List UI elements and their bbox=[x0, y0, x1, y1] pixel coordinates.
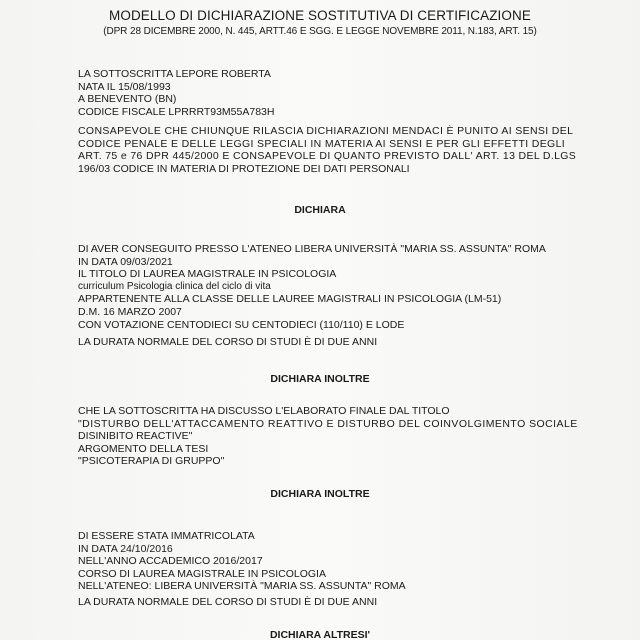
degree-block: DI AVER CONSEGUITO PRESSO L'ATENEO LIBER… bbox=[78, 243, 546, 331]
section-heading-dichiara-altresi: DICHIARA ALTRESI' bbox=[0, 629, 640, 640]
thesis-topic: "PSICOTERAPIA DI GRUPPO" bbox=[78, 455, 578, 468]
awareness-line: CONSAPEVOLE CHE CHIUNQUE RILASCIA DICHIA… bbox=[78, 125, 576, 138]
degree-title: IL TITOLO DI LAUREA MAGISTRALE IN PSICOL… bbox=[78, 268, 546, 281]
enrollment-year: NELL'ANNO ACCADEMICO 2016/2017 bbox=[78, 555, 406, 568]
awareness-paragraph: CONSAPEVOLE CHE CHIUNQUE RILASCIA DICHIA… bbox=[78, 125, 576, 175]
degree-date: IN DATA 09/03/2021 bbox=[78, 256, 546, 269]
degree-decree: D.M. 16 MARZO 2007 bbox=[78, 306, 546, 319]
enrollment-date: IN DATA 24/10/2016 bbox=[78, 543, 406, 556]
declarant-tax-code: CODICE FISCALE LPRRRT93M55A783H bbox=[78, 106, 274, 119]
degree-grade: CON VOTAZIONE CENTODIECI SU CENTODIECI (… bbox=[78, 319, 546, 332]
document-subtitle: (DPR 28 DICEMBRE 2000, N. 445, ARTT.46 E… bbox=[0, 26, 640, 37]
degree-curriculum: curriculum Psicologia clinica del ciclo … bbox=[78, 281, 546, 294]
enrollment-university: NELL'ATENEO: LIBERA UNIVERSITÀ "MARIA SS… bbox=[78, 580, 406, 593]
awareness-line: ART. 75 e 76 DPR 445/2000 E CONSAPEVOLE … bbox=[78, 150, 576, 163]
declarant-name: LA SOTTOSCRITTA LEPORE ROBERTA bbox=[78, 68, 274, 81]
degree-line: DI AVER CONSEGUITO PRESSO L'ATENEO LIBER… bbox=[78, 243, 546, 256]
declarant-birthdate: NATA IL 15/08/1993 bbox=[78, 81, 274, 94]
thesis-topic-label: ARGOMENTO DELLA TESI bbox=[78, 443, 578, 456]
awareness-line: 196/03 CODICE IN MATERIA DI PROTEZIONE D… bbox=[78, 163, 576, 176]
enrollment-line: DI ESSERE STATA IMMATRICOLATA bbox=[78, 530, 406, 543]
enrollment-duration: LA DURATA NORMALE DEL CORSO DI STUDI È D… bbox=[78, 596, 377, 609]
thesis-title-cont: DISINIBITO REACTIVE" bbox=[78, 430, 578, 443]
section-heading-dichiara: DICHIARA bbox=[0, 204, 640, 216]
document-page: MODELLO DI DICHIARAZIONE SOSTITUTIVA DI … bbox=[0, 0, 640, 640]
thesis-line: CHE LA SOTTOSCRITTA HA DISCUSSO L'ELABOR… bbox=[78, 405, 578, 418]
document-title: MODELLO DI DICHIARAZIONE SOSTITUTIVA DI … bbox=[0, 8, 640, 23]
declarant-block: LA SOTTOSCRITTA LEPORE ROBERTA NATA IL 1… bbox=[78, 68, 274, 118]
thesis-block: CHE LA SOTTOSCRITTA HA DISCUSSO L'ELABOR… bbox=[78, 405, 578, 468]
degree-class: APPARTENENTE ALLA CLASSE DELLE LAUREE MA… bbox=[78, 293, 546, 306]
awareness-line: CODICE PENALE E DELLE LEGGI SPECIALI IN … bbox=[78, 138, 576, 151]
section-heading-dichiara-inoltre-1: DICHIARA INOLTRE bbox=[0, 373, 640, 385]
declarant-birthplace: A BENEVENTO (BN) bbox=[78, 93, 274, 106]
enrollment-block: DI ESSERE STATA IMMATRICOLATA IN DATA 24… bbox=[78, 530, 406, 593]
enrollment-course: CORSO DI LAUREA MAGISTRALE IN PSICOLOGIA bbox=[78, 568, 406, 581]
thesis-title: "DISTURBO DELL'ATTACCAMENTO REATTIVO E D… bbox=[78, 418, 578, 431]
section-heading-dichiara-inoltre-2: DICHIARA INOLTRE bbox=[0, 488, 640, 500]
degree-duration: LA DURATA NORMALE DEL CORSO DI STUDI È D… bbox=[78, 336, 377, 349]
